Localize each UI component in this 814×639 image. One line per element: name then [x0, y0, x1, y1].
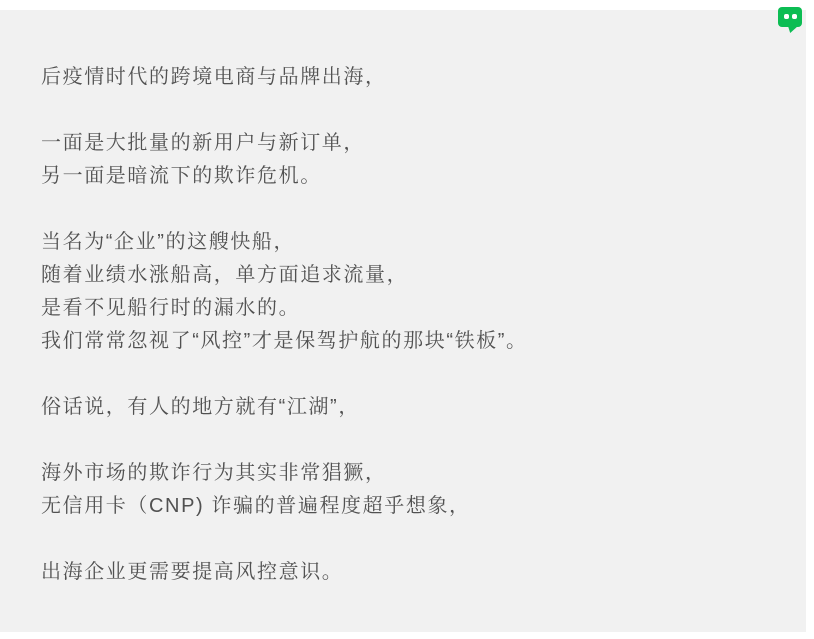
text-line: 是看不见船行时的漏水的。	[41, 292, 771, 325]
bubble-dot-icon	[792, 14, 797, 19]
text-line: 另一面是暗流下的欺诈危机。	[41, 160, 771, 193]
text-line: 后疫情时代的跨境电商与品牌出海，	[41, 61, 771, 94]
text-line: 当名为“企业”的这艘快船，	[41, 226, 771, 259]
text-line: 无信用卡（CNP) 诈骗的普遍程度超乎想象，	[41, 490, 771, 523]
paragraph: 一面是大批量的新用户与新订单，另一面是暗流下的欺诈危机。	[41, 127, 771, 193]
paragraph: 俗话说，有人的地方就有“江湖”，	[41, 391, 771, 424]
paragraph: 后疫情时代的跨境电商与品牌出海，	[41, 61, 771, 94]
text-line: 海外市场的欺诈行为其实非常猖獗，	[41, 457, 771, 490]
bubble-dot-icon	[784, 14, 789, 19]
text-line: 我们常常忽视了“风控”才是保驾护航的那块“铁板”。	[41, 325, 771, 358]
quote-bubble-icon	[778, 7, 802, 27]
paragraph: 海外市场的欺诈行为其实非常猖獗，无信用卡（CNP) 诈骗的普遍程度超乎想象，	[41, 457, 771, 523]
text-line: 一面是大批量的新用户与新订单，	[41, 127, 771, 160]
text-line: 出海企业更需要提高风控意识。	[41, 556, 771, 589]
paragraph: 出海企业更需要提高风控意识。	[41, 556, 771, 589]
quote-text: 后疫情时代的跨境电商与品牌出海，一面是大批量的新用户与新订单，另一面是暗流下的欺…	[41, 61, 771, 589]
text-line: 随着业绩水涨船高，单方面追求流量，	[41, 259, 771, 292]
text-line: 俗话说，有人的地方就有“江湖”，	[41, 391, 771, 424]
paragraph: 当名为“企业”的这艘快船，随着业绩水涨船高，单方面追求流量，是看不见船行时的漏水…	[41, 226, 771, 358]
